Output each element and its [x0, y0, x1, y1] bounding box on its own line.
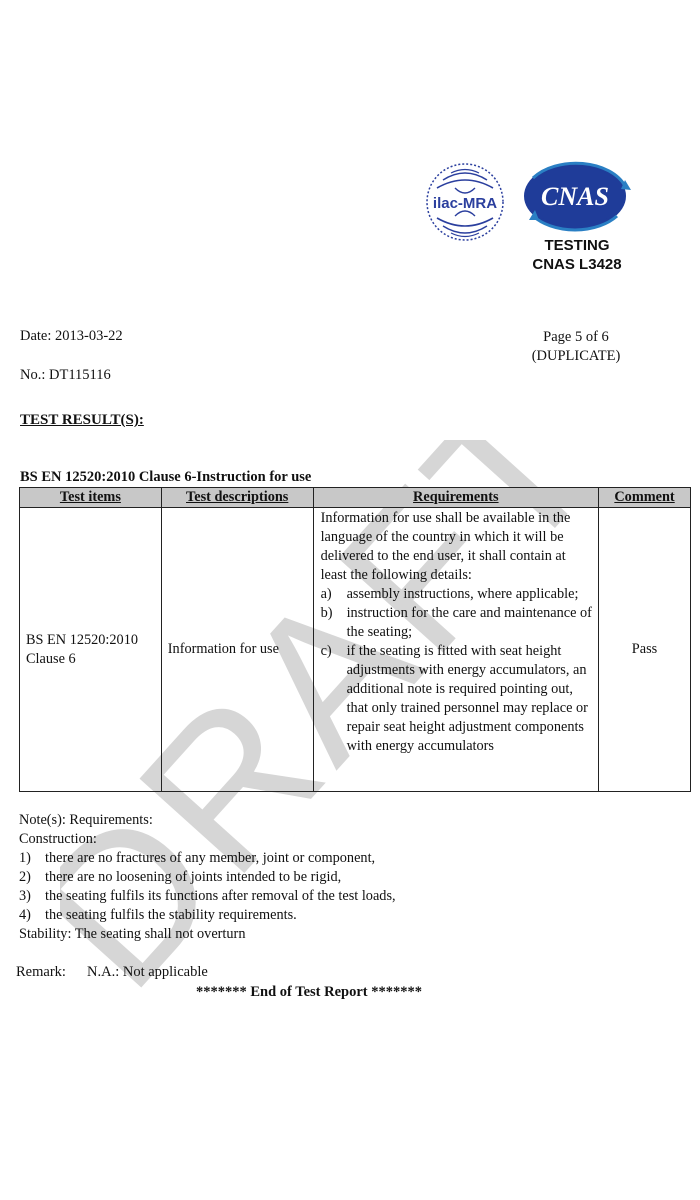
note-text: the seating fulfils the stability requir… — [45, 907, 297, 923]
column-header-test-descriptions: Test descriptions — [161, 488, 313, 508]
results-table: Test items Test descriptions Requirement… — [19, 487, 691, 792]
report-number: No.: DT115116 — [20, 367, 111, 384]
requirement-marker: b) — [321, 604, 333, 623]
note-marker: 2) — [19, 868, 31, 887]
test-item-line1: BS EN 12520:2010 — [26, 631, 155, 650]
table-row: BS EN 12520:2010 Clause 6 Information fo… — [20, 508, 691, 792]
remark-label: Remark: — [16, 964, 66, 981]
requirement-text: instruction for the care and maintenance… — [347, 605, 592, 640]
cell-description: Information for use — [161, 508, 313, 792]
requirements-list: a)assembly instructions, where applicabl… — [321, 585, 592, 756]
construction-label: Construction: — [19, 830, 396, 849]
test-item-line2: Clause 6 — [26, 650, 155, 669]
remark-text: N.A.: Not applicable — [87, 964, 208, 981]
note-text: there are no loosening of joints intende… — [45, 869, 341, 885]
requirement-marker: c) — [321, 642, 332, 661]
svg-text:ilac-MRA: ilac-MRA — [433, 195, 497, 212]
page-number: Page 5 of 6 — [520, 328, 632, 347]
note-item: 2)there are no loosening of joints inten… — [19, 868, 396, 887]
requirement-item: b)instruction for the care and maintenan… — [321, 604, 592, 642]
report-date: Date: 2013-03-22 — [20, 328, 123, 345]
column-header-test-items: Test items — [20, 488, 162, 508]
note-marker: 4) — [19, 906, 31, 925]
table-title: BS EN 12520:2010 Clause 6-Instruction fo… — [20, 469, 311, 486]
table-header-row: Test items Test descriptions Requirement… — [20, 488, 691, 508]
requirement-text: assembly instructions, where applicable; — [347, 586, 579, 602]
note-marker: 1) — [19, 849, 31, 868]
copy-status: (DUPLICATE) — [520, 347, 632, 366]
note-item: 3)the seating fulfils its functions afte… — [19, 887, 396, 906]
note-item: 1)there are no fractures of any member, … — [19, 849, 396, 868]
cell-requirements: Information for use shall be available i… — [313, 508, 598, 792]
section-title: TEST RESULT(S): — [20, 412, 144, 429]
svg-text:CNAS: CNAS — [541, 182, 609, 211]
note-text: the seating fulfils its functions after … — [45, 888, 396, 904]
requirement-marker: a) — [321, 585, 332, 604]
accreditation-label: TESTING — [512, 236, 642, 255]
cell-comment: Pass — [599, 508, 691, 792]
column-header-comment: Comment — [599, 488, 691, 508]
requirement-item: a)assembly instructions, where applicabl… — [321, 585, 592, 604]
requirement-text: if the seating is fitted with seat heigh… — [347, 643, 588, 754]
stability-note: Stability: The seating shall not overtur… — [19, 925, 396, 944]
notes-heading: Note(s): Requirements: — [19, 811, 396, 830]
notes-section: Note(s): Requirements: Construction: 1)t… — [19, 811, 396, 944]
note-marker: 3) — [19, 887, 31, 906]
accreditation-number: CNAS L3428 — [512, 255, 642, 274]
accreditation-text: TESTING CNAS L3428 — [512, 236, 642, 274]
column-header-requirements: Requirements — [313, 488, 598, 508]
note-text: there are no fractures of any member, jo… — [45, 850, 375, 866]
note-item: 4)the seating fulfils the stability requ… — [19, 906, 396, 925]
requirements-intro: Information for use shall be available i… — [321, 509, 592, 585]
cell-test-item: BS EN 12520:2010 Clause 6 — [20, 508, 162, 792]
requirement-item: c)if the seating is fitted with seat hei… — [321, 642, 592, 756]
page-info: Page 5 of 6 (DUPLICATE) — [520, 328, 632, 366]
end-of-report: ******* End of Test Report ******* — [196, 984, 422, 1001]
cnas-logo: CNAS — [527, 163, 631, 230]
ilac-mra-logo: ilac-MRA CNAS — [425, 158, 640, 248]
